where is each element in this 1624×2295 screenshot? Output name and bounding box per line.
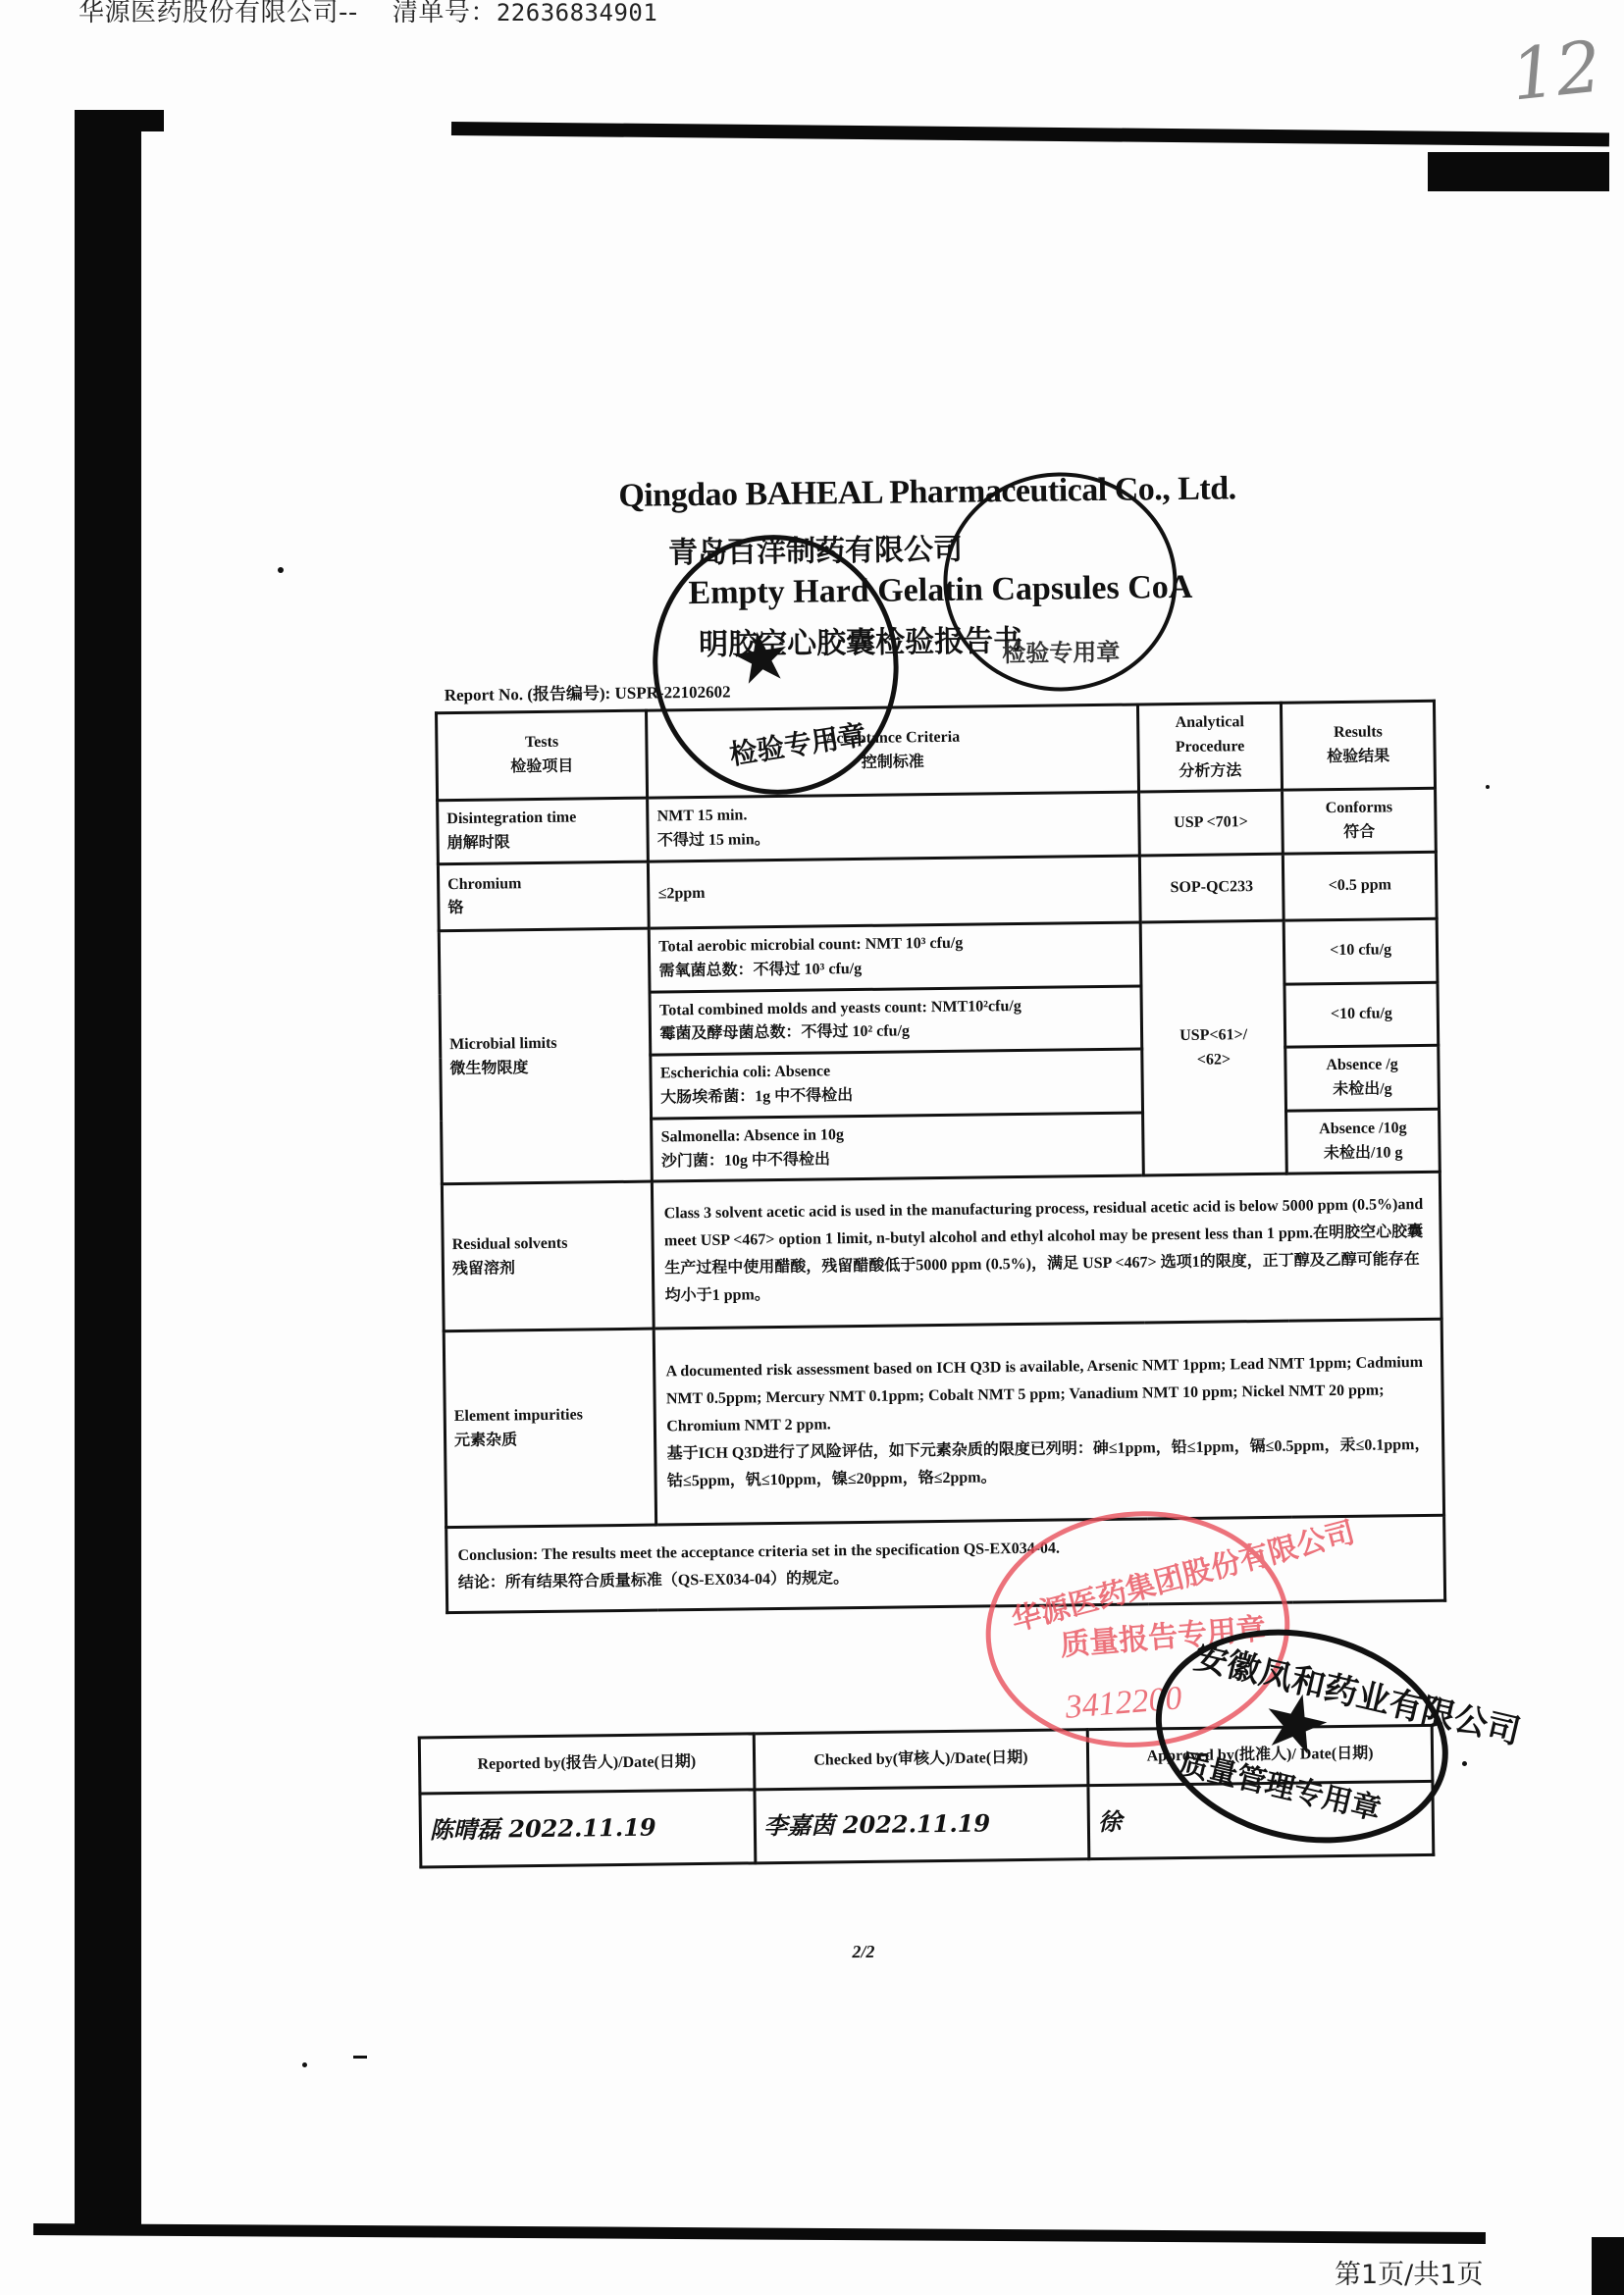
table-row-element-impurities: Element impurities 元素杂质 A documented ris…	[444, 1320, 1443, 1528]
approved-by-label: Approved by(批准人)/ Date(日期)	[1087, 1725, 1433, 1785]
procedure: USP <701>	[1138, 791, 1283, 856]
company-name-en: Qingdao BAHEAL Pharmaceutical Co., Ltd.	[618, 470, 1236, 515]
result: Absence /g 未检出/g	[1285, 1045, 1440, 1110]
scan-border-bottom	[33, 2223, 1486, 2244]
document-title-cn: 明胶空心胶囊检验报告书	[699, 616, 1023, 663]
criteria: Total combined molds and yeasts count: N…	[650, 986, 1141, 1056]
list-number: 22636834901	[497, 0, 657, 26]
criteria: Class 3 solvent acetic acid is used in t…	[653, 1173, 1441, 1330]
signature-table: Reported by(报告人)/Date(日期) Checked by(审核人…	[418, 1724, 1436, 1869]
checked-by-label: Checked by(审核人)/Date(日期)	[754, 1730, 1088, 1790]
header-results: Results 检验结果	[1282, 701, 1436, 790]
procedure: USP<61>/ <62>	[1140, 920, 1286, 1175]
report-number-label: Report No. (报告编号):	[445, 684, 611, 704]
scan-border-right	[1592, 2237, 1624, 2295]
stamp-number: 3412200	[1064, 1680, 1183, 1727]
company-name-cn: 青岛百洋制药有限公司	[668, 525, 964, 572]
result: Absence /10g 未检出/10 g	[1286, 1109, 1441, 1174]
checked-by-signature: 李嘉茵 2022.11.19	[754, 1786, 1088, 1863]
handwritten-page-number: 12	[1507, 25, 1605, 116]
page-footer: 第1页/共1页	[1335, 2253, 1483, 2291]
result: <10 cfu/g	[1284, 982, 1439, 1047]
scan-speck	[1462, 1761, 1467, 1766]
test-name: Chromium 铬	[438, 861, 649, 931]
test-name: Element impurities 元素杂质	[444, 1329, 656, 1528]
document-page-marker: 2/2	[852, 1942, 874, 1962]
header-tests: Tests 检验项目	[437, 710, 648, 801]
approved-by-signature: 徐	[1088, 1781, 1434, 1858]
scan-speck	[302, 2062, 307, 2067]
test-name: Microbial limits 微生物限度	[439, 928, 653, 1184]
scan-border-left	[75, 110, 141, 2224]
scan-border-top-right	[1428, 152, 1609, 191]
criteria: ≤2ppm	[649, 856, 1140, 928]
table-row-residual-solvents: Residual solvents 残留溶剂 Class 3 solvent a…	[442, 1173, 1441, 1331]
report-number: Report No. (报告编号): USPR-22102602	[445, 678, 731, 706]
header-procedure: Analytical Procedure 分析方法	[1137, 703, 1282, 792]
signature-row: 陈晴磊 2022.11.19 李嘉茵 2022.11.19 徐	[420, 1781, 1434, 1867]
scan-border-top	[451, 122, 1609, 146]
table-row-conclusion: Conclusion: The results meet the accepta…	[446, 1516, 1445, 1613]
list-number-label: 清单号：	[393, 0, 497, 27]
document-title-en: Empty Hard Gelatin Capsules CoA	[688, 569, 1192, 612]
result: <0.5 ppm	[1283, 852, 1438, 920]
procedure: SOP-QC233	[1139, 854, 1283, 922]
scan-speck	[278, 567, 284, 573]
report-number-value: USPR-22102602	[614, 683, 730, 703]
table-row-chromium: Chromium 铬 ≤2ppm SOP-QC233 <0.5 ppm	[438, 852, 1437, 930]
coa-document: Qingdao BAHEAL Pharmaceutical Co., Ltd. …	[373, 458, 1449, 1869]
result: Conforms 符合	[1283, 789, 1437, 854]
table-header-row: Tests 检验项目 Acceptance Criteria 控制标准 Anal…	[437, 701, 1436, 801]
test-name: Residual solvents 残留溶剂	[442, 1181, 654, 1331]
test-name: Disintegration time 崩解时限	[438, 798, 649, 863]
coa-table: Tests 检验项目 Acceptance Criteria 控制标准 Anal…	[435, 700, 1446, 1615]
criteria: Escherichia coli: Absence 大肠埃希菌：1g 中不得检出	[651, 1049, 1142, 1119]
header-company: 华源医药股份有限公司--	[79, 0, 358, 27]
printout-header: 华源医药股份有限公司-- 清单号：22636834901	[79, 0, 657, 28]
scan-speck	[1486, 785, 1490, 789]
result: <10 cfu/g	[1283, 918, 1438, 983]
reported-by-label: Reported by(报告人)/Date(日期)	[419, 1734, 754, 1794]
criteria: NMT 15 min. 不得过 15 min。	[648, 792, 1139, 861]
criteria: A documented risk assessment based on IC…	[655, 1320, 1444, 1526]
header-criteria: Acceptance Criteria 控制标准	[647, 704, 1139, 798]
reported-by-signature: 陈晴磊 2022.11.19	[420, 1790, 755, 1867]
stamp-text-mid: 质量报告专用章	[1059, 1604, 1268, 1664]
criteria: Total aerobic microbial count: NMT 10³ c…	[650, 922, 1141, 992]
conclusion: Conclusion: The results meet the accepta…	[446, 1516, 1445, 1613]
scan-border-notch	[139, 110, 164, 131]
scan-speck	[353, 2056, 367, 2059]
criteria: Salmonella: Absence in 10g 沙门菌：10g 中不得检出	[652, 1113, 1143, 1182]
